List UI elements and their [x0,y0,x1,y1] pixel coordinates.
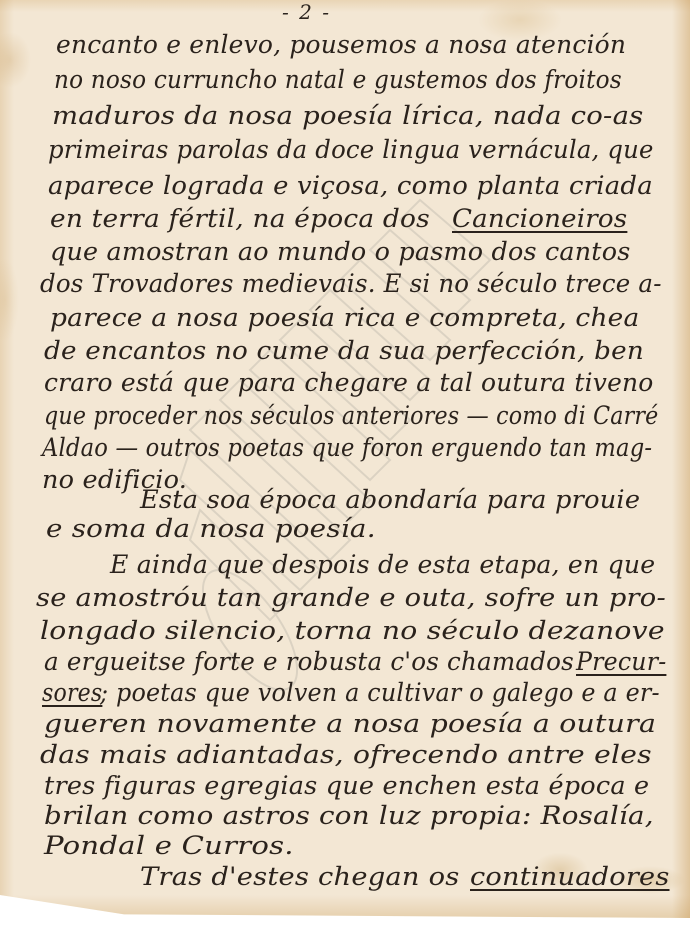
text-line: se amostróu tan grande e outa, sofre un … [36,583,666,612]
underlined-word: sores [42,678,102,707]
text-line: a ergueitse forte e robusta c'os chamado… [44,647,574,676]
text-line: das mais adiantadas, ofrecendo antre ele… [40,740,652,769]
text-line: maduros da nosa poesía lírica, nada co-a… [52,101,644,130]
text-line: e soma da nosa poesía. [46,514,376,543]
underlined-word: continuadores [470,862,670,891]
text-line: no noso curruncho natal e gustemos dos f… [54,65,622,94]
text-line: Aldao — outros poetas que foron erguendo… [42,433,652,462]
underlined-word: Cancioneiros [452,204,627,233]
text-line: de encantos no cume da sua perfección, b… [44,336,644,365]
text-line: craro está que para chegare a tal outura… [44,368,654,397]
handwritten-text-body: encanto e enlevo, pousemos a nosa atenci… [0,0,690,918]
text-line: Esta soa época abondaría para prouie [140,485,640,514]
text-line: parece a nosa poesía rica e compreta, ch… [50,303,640,332]
text-line: tres figuras egregias que enchen esta ép… [44,771,649,800]
manuscript-page: - 2 - encanto e enlevo, pousemos a nosa … [0,0,690,918]
text-line: que proceder nos séculos anteriores — co… [44,401,658,430]
underlined-word: Precur- [576,647,666,676]
text-line: brilan como astros con luz propia: Rosal… [44,801,654,830]
text-line: Tras d'estes chegan os [140,862,459,891]
text-line: aparece lograda e viçosa, como planta cr… [48,171,653,200]
text-line: primeiras parolas da doce lingua vernácu… [48,135,654,164]
text-line: en terra fértil, na época dos [50,204,430,233]
text-line: dos Trovadores medievais. E si no século… [40,269,662,298]
text-line: que amostran ao mundo o pasmo dos cantos [50,237,630,266]
text-line: Pondal e Curros. [44,831,294,860]
text-line: E ainda que despois de esta etapa, en qu… [110,550,655,579]
text-line: ; poetas que volven a cultivar o galego … [100,678,660,707]
text-line: longado silencio, torna no século dezano… [40,616,665,645]
text-line: encanto e enlevo, pousemos a nosa atenci… [56,30,626,59]
text-line: gueren novamente a nosa poesía a outura [44,709,656,738]
